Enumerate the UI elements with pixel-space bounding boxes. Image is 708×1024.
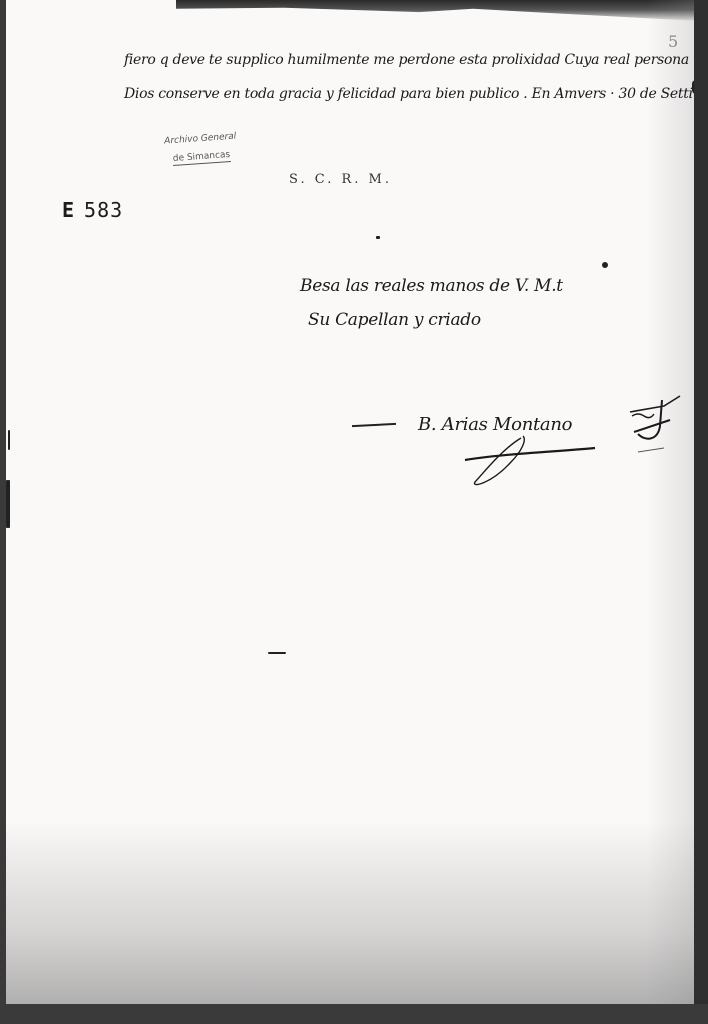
signature-dash xyxy=(352,423,396,427)
reference-value: 583 xyxy=(84,198,123,222)
archive-stamp-line-1: Archivo General xyxy=(145,130,255,148)
closing-line-1: Besa las reales manos de V. M.t xyxy=(300,276,563,296)
signature-flourish-icon xyxy=(461,430,601,490)
scan-right-border xyxy=(694,0,708,1024)
reference-letter: E xyxy=(62,198,74,222)
ink-speck xyxy=(268,652,286,654)
salutation-abbreviation: S. C. R. M. xyxy=(289,172,392,187)
reference-number: E 583 xyxy=(62,198,123,222)
archive-stamp-line-2: de Simancas xyxy=(173,150,231,166)
margin-mark xyxy=(6,480,10,528)
rubric-mark-icon xyxy=(624,390,694,460)
closing-line-2: Su Capellan y criado xyxy=(308,310,481,330)
ink-speck xyxy=(602,262,608,268)
ink-speck xyxy=(376,236,380,239)
letter-line-2: Dios conserve en toda gracia y felicidad… xyxy=(124,86,696,102)
scan-bottom-border xyxy=(0,1004,708,1024)
right-edge-fade xyxy=(646,0,696,1010)
top-edge-shadow xyxy=(176,0,696,22)
folio-number: 5 xyxy=(668,32,678,51)
letter-line-1: fiero q deve te supplico humilmente me p… xyxy=(124,52,689,68)
margin-mark xyxy=(8,430,10,450)
archive-stamp: Archivo General de Simancas xyxy=(145,130,257,168)
manuscript-page: 5 fiero q deve te supplico humilmente me… xyxy=(6,0,696,1010)
